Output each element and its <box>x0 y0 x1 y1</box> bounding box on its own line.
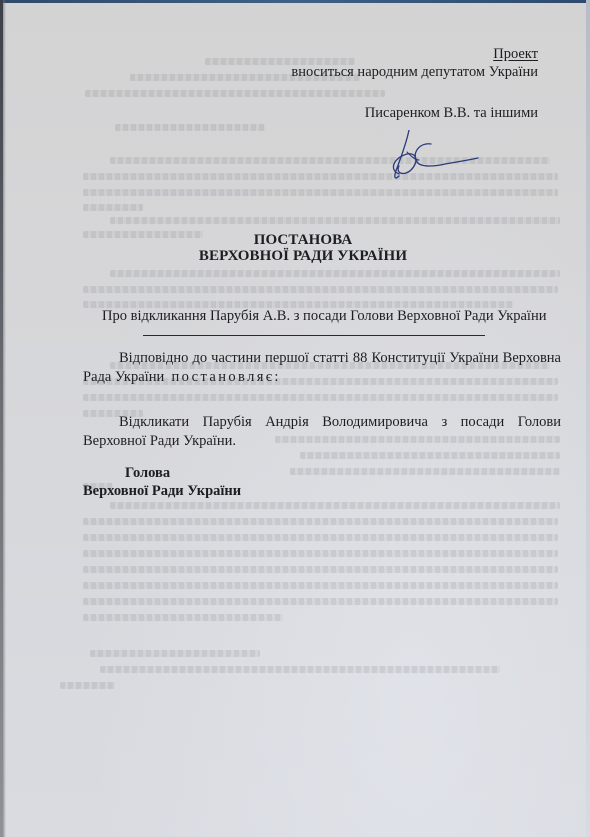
bleed-through-line <box>83 566 558 573</box>
bleed-through-line <box>83 518 558 525</box>
bleed-through-line <box>90 650 260 657</box>
subject-underline-rule <box>143 335 485 336</box>
bleed-through-line <box>83 189 558 196</box>
bleed-through-line <box>85 90 385 97</box>
operative-text: Відкликати Парубія Андрія Володимировича… <box>83 414 561 449</box>
document-page: Проект вноситься народним депутатом Укра… <box>0 0 590 837</box>
bleed-through-line <box>300 452 560 459</box>
bleed-through-line <box>110 502 560 509</box>
resolves-word: постановляє: <box>171 369 280 385</box>
bleed-through-line <box>83 301 513 308</box>
bleed-through-line <box>110 270 560 277</box>
submitted-by-line-2: Писаренком В.В. та іншими <box>365 105 538 122</box>
bleed-through-line <box>290 468 560 475</box>
bleed-through-line <box>110 157 550 164</box>
submitted-by-line-1: вноситься народним депутатом України <box>291 64 538 81</box>
bleed-through-line <box>60 682 115 689</box>
document-type-title: ПОСТАНОВА <box>8 232 590 249</box>
bleed-through-line <box>83 286 558 293</box>
bleed-through-line <box>83 614 283 621</box>
signatory-title-line-2: Верховної Ради України <box>83 482 241 500</box>
bleed-through-line <box>83 598 558 605</box>
bleed-through-line <box>110 217 560 224</box>
page-left-edge-shadow <box>3 0 6 837</box>
bleed-through-line <box>83 394 558 401</box>
operative-paragraph: Відкликати Парубія Андрія Володимировича… <box>83 413 561 451</box>
bleed-through-line <box>83 582 558 589</box>
preamble-text: Відповідно до частини першої статті 88 К… <box>83 350 561 385</box>
bleed-through-line <box>100 666 500 673</box>
bleed-through-line <box>83 550 558 557</box>
draft-label: Проект <box>493 46 538 63</box>
page-right-edge <box>586 0 590 837</box>
bleed-through-line <box>83 534 558 541</box>
document-subject: Про відкликання Парубія А.В. з посади Го… <box>102 308 546 325</box>
page-top-edge <box>0 0 590 3</box>
preamble-paragraph: Відповідно до частини першої статті 88 К… <box>83 349 561 387</box>
bleed-through-line <box>83 204 143 211</box>
bleed-through-line <box>83 173 558 180</box>
bleed-through-line <box>115 124 265 131</box>
issuing-body-title: ВЕРХОВНОЇ РАДИ УКРАЇНИ <box>8 248 590 265</box>
signatory-title-line-1: Голова <box>125 464 170 482</box>
signature-icon <box>385 130 480 190</box>
